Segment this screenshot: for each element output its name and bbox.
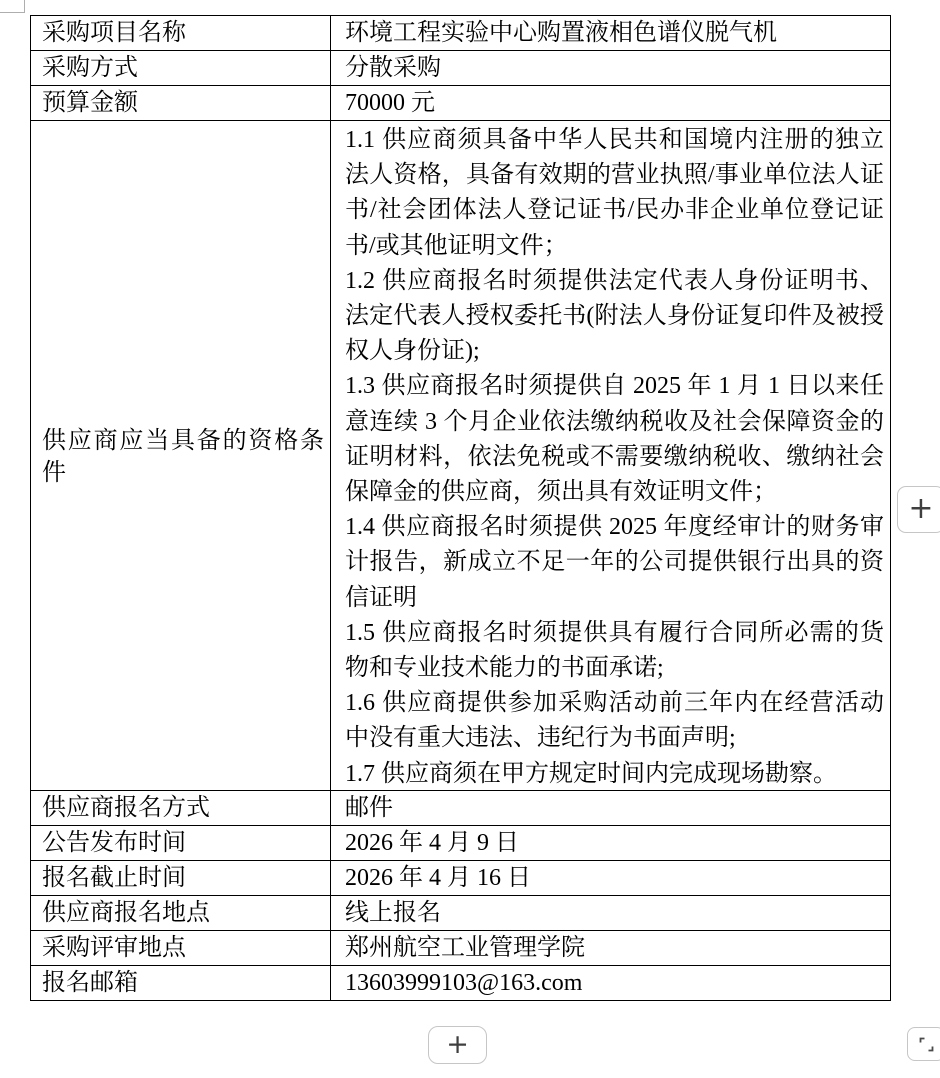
table-row: 采购项目名称 环境工程实验中心购置液相色谱仪脱气机 [31, 16, 891, 51]
table-row: 供应商报名地点 线上报名 [31, 896, 891, 931]
table-row: 报名截止时间 2026 年 4 月 16 日 [31, 861, 891, 896]
qualification-item: 1.6 供应商提供参加采购活动前三年内在经营活动中没有重大违法、违纪行为书面声明… [345, 686, 884, 756]
cutoff-box-decoration [0, 0, 25, 13]
row-label: 预算金额 [31, 86, 331, 121]
row-value: 分散采购 [331, 51, 891, 86]
row-label: 报名邮箱 [31, 966, 331, 1001]
expand-button[interactable] [907, 1027, 940, 1061]
qualification-item: 1.4 供应商报名时须提供 2025 年度经审计的财务审计报告，新成立不足一年的… [345, 510, 884, 616]
table-row: 供应商报名方式 邮件 [31, 791, 891, 826]
row-label: 采购评审地点 [31, 931, 331, 966]
qualification-list: 1.1 供应商须具备中华人民共和国境内注册的独立法人资格，具备有效期的营业执照/… [345, 123, 884, 788]
table-row: 公告发布时间 2026 年 4 月 9 日 [31, 826, 891, 861]
row-value: 郑州航空工业管理学院 [331, 931, 891, 966]
row-label: 采购项目名称 [31, 16, 331, 51]
table-row: 预算金额 70000 元 [31, 86, 891, 121]
bottom-add-button[interactable]: + [428, 1026, 487, 1064]
table-row-qualifications: 供应商应当具备的资格条件 1.1 供应商须具备中华人民共和国境内注册的独立法人资… [31, 121, 891, 791]
table-row: 报名邮箱 13603999103@163.com [31, 966, 891, 1001]
qualification-item: 1.1 供应商须具备中华人民共和国境内注册的独立法人资格，具备有效期的营业执照/… [345, 123, 884, 264]
qualification-item: 1.2 供应商报名时须提供法定代表人身份证明书、法定代表人授权委托书(附法人身份… [345, 264, 884, 370]
expand-corners-icon [919, 1037, 934, 1052]
row-value: 1.1 供应商须具备中华人民共和国境内注册的独立法人资格，具备有效期的营业执照/… [331, 121, 891, 791]
row-value: 2026 年 4 月 16 日 [331, 861, 891, 896]
qualification-item: 1.5 供应商报名时须提供具有履行合同所必需的货物和专业技术能力的书面承诺; [345, 616, 884, 686]
document-page: 采购项目名称 环境工程实验中心购置液相色谱仪脱气机 采购方式 分散采购 预算金额… [0, 0, 940, 1078]
row-label: 供应商应当具备的资格条件 [31, 121, 331, 791]
row-label: 公告发布时间 [31, 826, 331, 861]
row-value: 线上报名 [331, 896, 891, 931]
table-row: 采购评审地点 郑州航空工业管理学院 [31, 931, 891, 966]
plus-icon: + [446, 1029, 469, 1060]
row-value: 13603999103@163.com [331, 966, 891, 1001]
row-label: 供应商报名方式 [31, 791, 331, 826]
row-label: 供应商报名地点 [31, 896, 331, 931]
row-value: 2026 年 4 月 9 日 [331, 826, 891, 861]
qualification-item: 1.7 供应商须在甲方规定时间内完成现场勘察。 [345, 757, 884, 788]
row-value: 邮件 [331, 791, 891, 826]
row-label: 报名截止时间 [31, 861, 331, 896]
procurement-table: 采购项目名称 环境工程实验中心购置液相色谱仪脱气机 采购方式 分散采购 预算金额… [30, 15, 891, 1001]
row-label: 采购方式 [31, 51, 331, 86]
row-value: 环境工程实验中心购置液相色谱仪脱气机 [331, 16, 891, 51]
qualification-item: 1.3 供应商报名时须提供自 2025 年 1 月 1 日以来任意连续 3 个月… [345, 369, 884, 510]
table-row: 采购方式 分散采购 [31, 51, 891, 86]
plus-icon: + [908, 491, 933, 526]
side-add-button[interactable]: + [897, 486, 940, 533]
row-value: 70000 元 [331, 86, 891, 121]
